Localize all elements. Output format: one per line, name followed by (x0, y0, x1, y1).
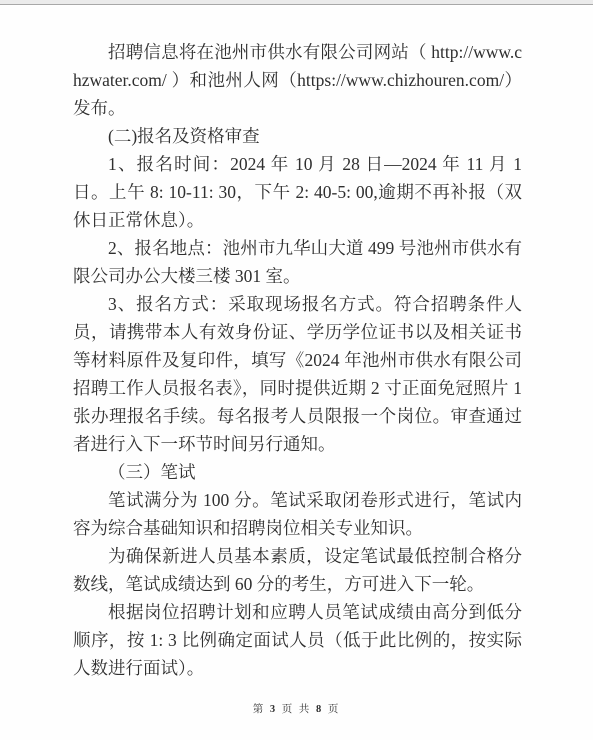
paragraph-written-test-passing-line: 为确保新进人员基本素质，设定笔试最低控制合格分数线，笔试成绩达到 60 分的考生… (73, 542, 522, 598)
heading-section-3-written-test: （三）笔试 (73, 458, 522, 486)
paragraph-written-test-description: 笔试满分为 100 分。笔试采取闭卷形式进行，笔试内容为综合基础知识和招聘岗位相… (73, 486, 522, 542)
footer-total-pages: 8 (316, 704, 323, 715)
paragraph-interview-ratio: 根据岗位招聘计划和应聘人员笔试成绩由高分到低分顺序，按 1: 3 比例确定面试人… (73, 598, 522, 682)
scan-page-top-edge (0, 0, 593, 5)
footer-prefix-label: 第 (253, 704, 266, 715)
footer-page-number: 3 (270, 704, 277, 715)
heading-section-2-registration: (二)报名及资格审查 (73, 122, 522, 150)
document-body: 招聘信息将在池州市供水有限公司网站（ http://www.chzwater.c… (73, 38, 522, 682)
page-footer: 第 3 页 共 8 页 (0, 701, 593, 716)
paragraph-registration-location: 2、报名地点：池州市九华山大道 499 号池州市供水有限公司办公大楼三楼 301… (73, 234, 522, 290)
paragraph-publish-channels: 招聘信息将在池州市供水有限公司网站（ http://www.chzwater.c… (73, 38, 522, 122)
paragraph-registration-method: 3、报名方式：采取现场报名方式。符合招聘条件人员，请携带本人有效身份证、学历学位… (73, 290, 522, 458)
paragraph-registration-time: 1、报名时间：2024 年 10 月 28 日—2024 年 11 月 1 日。… (73, 150, 522, 234)
document-page: 招聘信息将在池州市供水有限公司网站（ http://www.chzwater.c… (0, 6, 593, 740)
footer-suffix-label: 页 (328, 704, 341, 715)
footer-middle-label: 页 共 (282, 704, 312, 715)
